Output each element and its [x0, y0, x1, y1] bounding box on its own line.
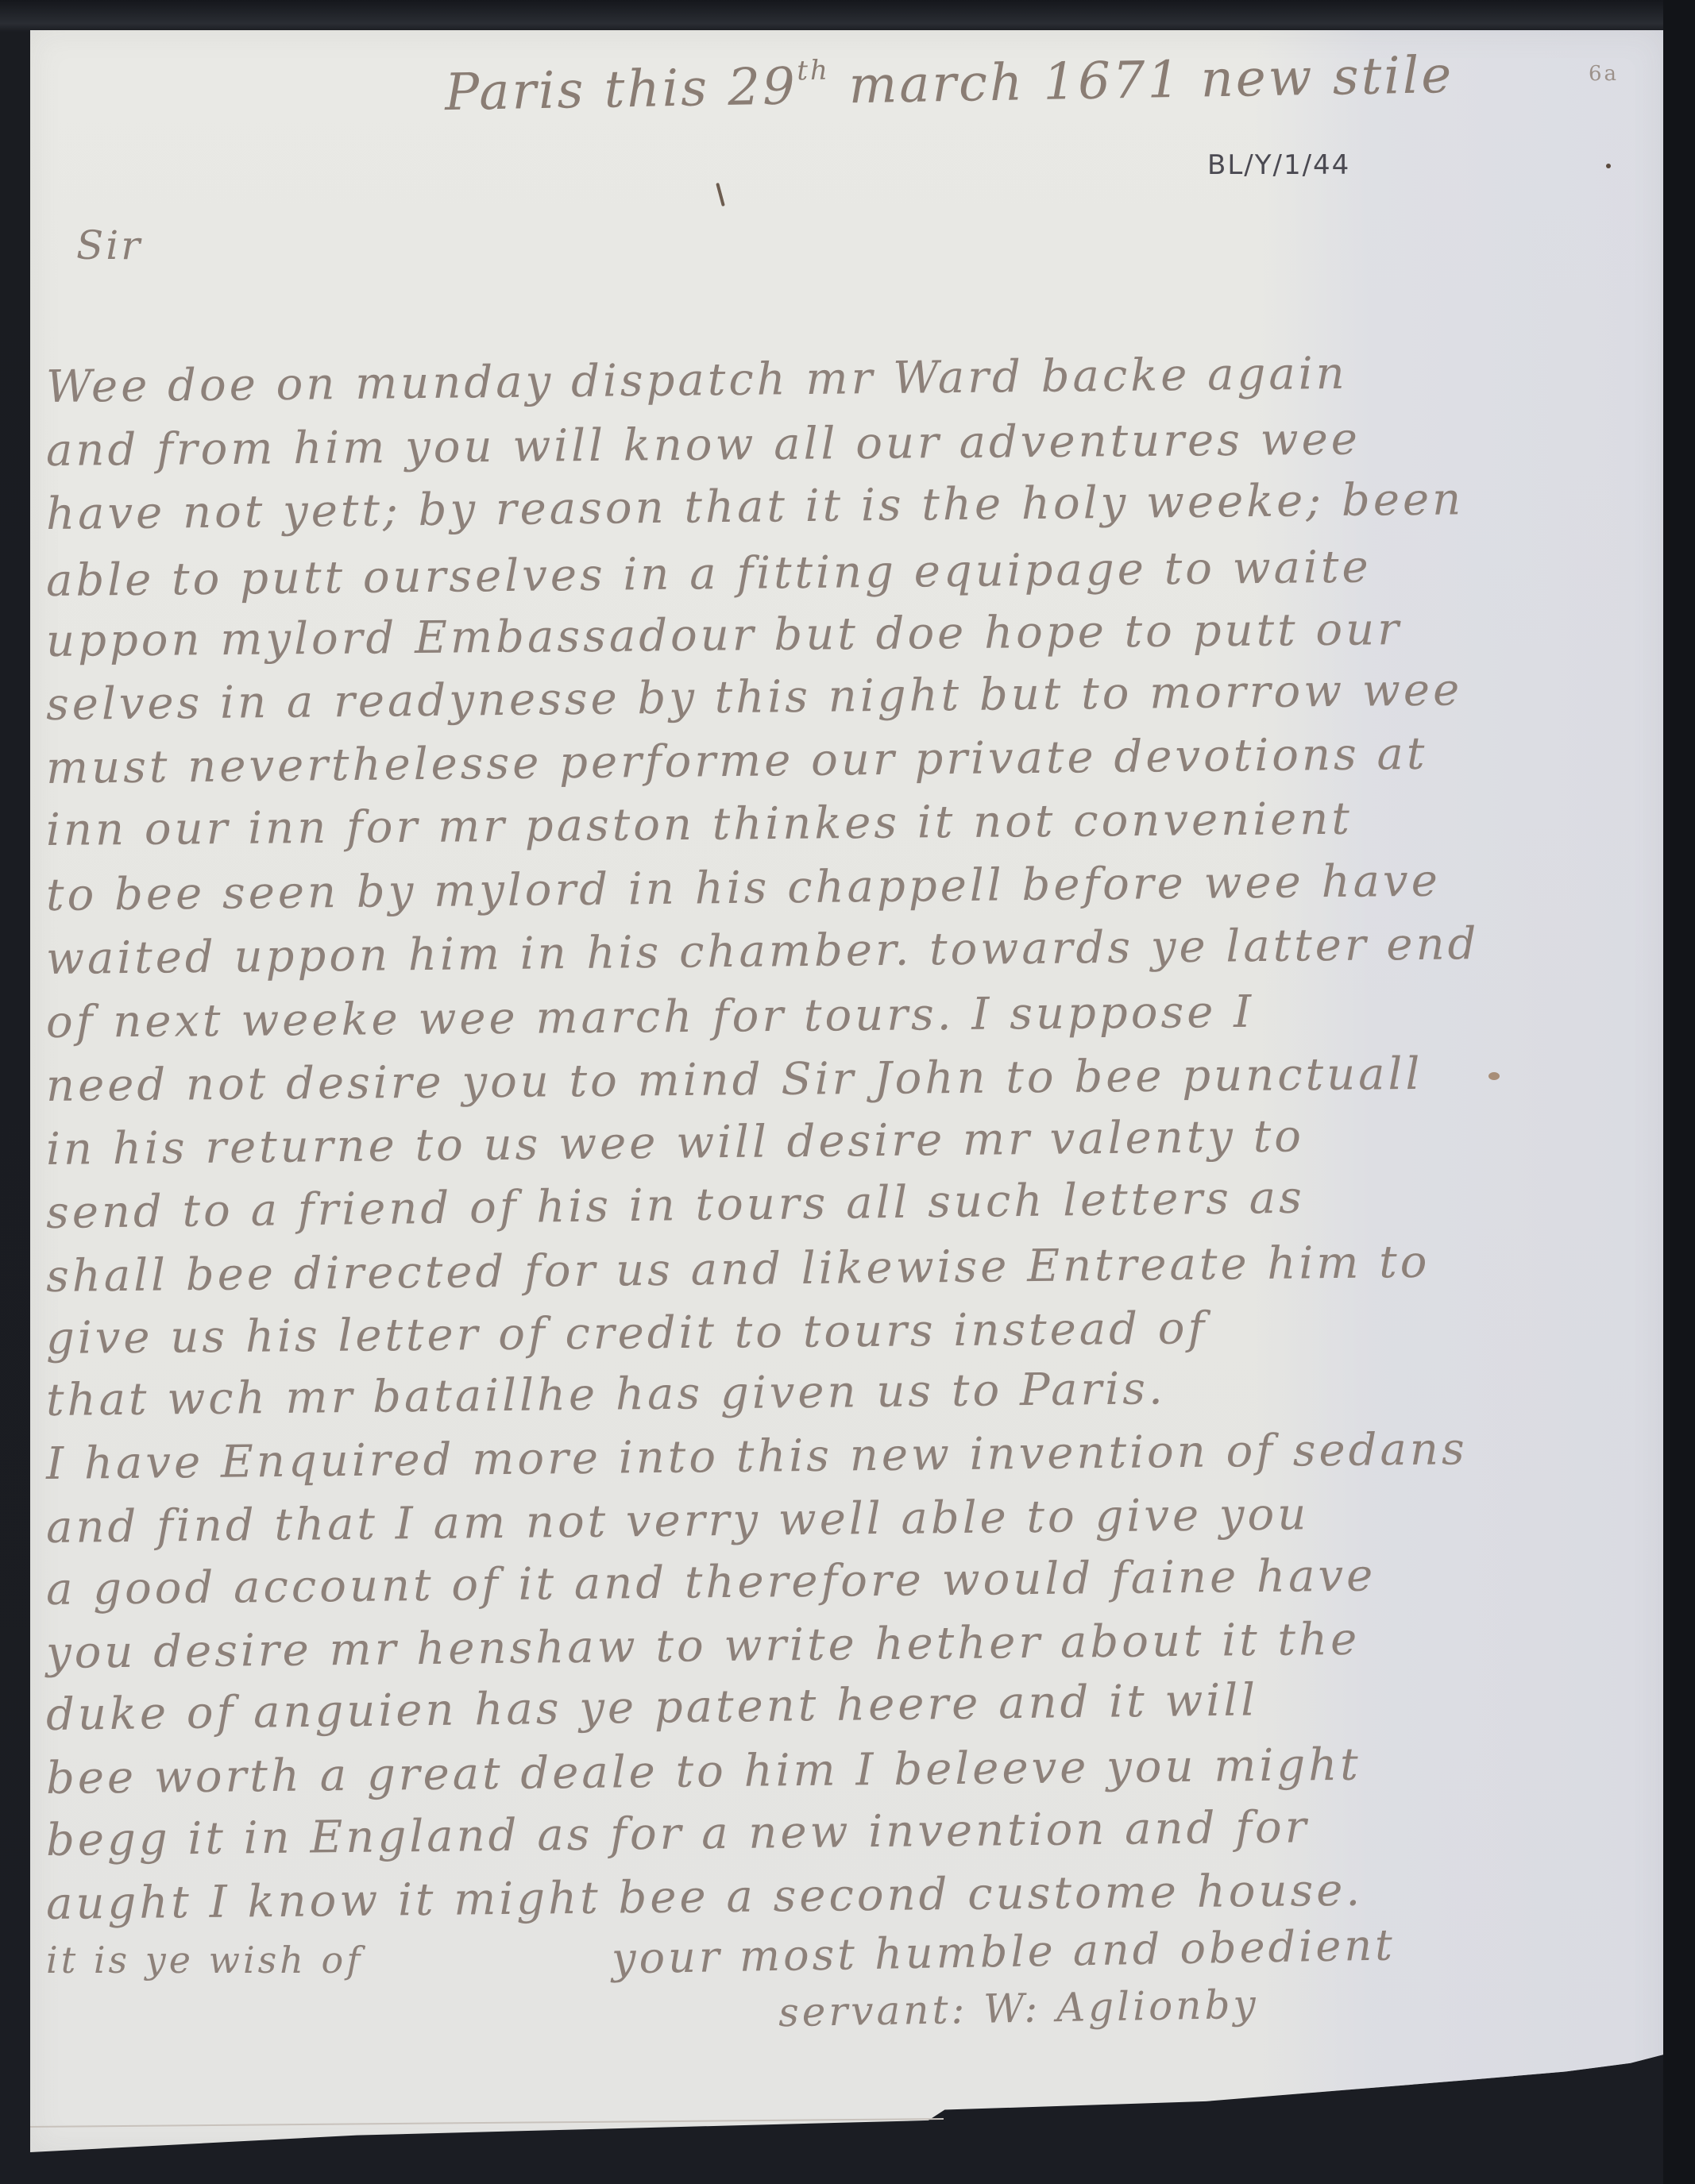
- dateline-day: this 29: [604, 57, 797, 119]
- signature-line: servant: W: Aglionby: [778, 1981, 1260, 2036]
- body-line: of next weeke wee march for tours. I sup…: [46, 986, 1255, 1048]
- dateline-rest: march 1671 new stile: [830, 46, 1454, 116]
- body-line: it is ye wish of: [46, 1939, 363, 1981]
- salutation: Sir: [76, 222, 142, 268]
- body-line: give us his letter of credit to tours in…: [46, 1302, 1208, 1364]
- folio-number: 6a: [1589, 62, 1619, 86]
- backdrop-right-edge: [1663, 0, 1695, 2184]
- archive-reference: BL/Y/1/44: [1207, 149, 1350, 181]
- dateline-place: Paris: [444, 61, 586, 122]
- dateline-day-suffix: th: [797, 55, 830, 87]
- ink-blot: [1488, 1072, 1500, 1080]
- ink-dot: [1606, 164, 1611, 168]
